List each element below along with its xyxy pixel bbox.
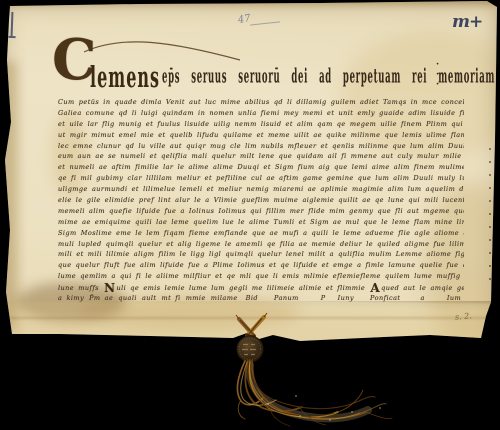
photograph-of-charter: 47 m+ s. 2. C lemens ep̄sseruusseruorūde… <box>0 0 500 430</box>
heading-word: ep̄s <box>162 61 180 94</box>
script-segment: qued aut le amqie gelieflie adigemie emi… <box>381 284 464 292</box>
heading-word: dei <box>291 61 308 94</box>
pendent-seal <box>205 298 415 430</box>
enlarged-initial: N <box>104 282 115 293</box>
script-segment: lune muffs <box>58 284 103 292</box>
dating-word: mt fi <box>162 293 181 304</box>
dating-word: mmie <box>186 293 206 304</box>
script-line: muli lupled quimqli quelur et alig ligem… <box>58 239 464 250</box>
heading-word: rei <box>412 61 427 94</box>
script-line: eum aun ae se numeli et qeliflia mali qu… <box>58 151 464 162</box>
enlarged-initial: A <box>370 282 380 293</box>
script-line: uligmge aurmundi et lilimelue lemeli et … <box>58 184 464 195</box>
heading-dot-flourish: ··· <box>436 60 439 90</box>
script-line: lume qemlim a qui fi le aliime milfliur … <box>58 271 464 282</box>
flourish-dot: · <box>436 60 439 70</box>
script-line: mime ae emiquime quili lae leme quelim l… <box>58 217 464 228</box>
cord-stubs <box>236 313 267 337</box>
registrar-monogram-mark: m+ <box>452 12 482 32</box>
dating-word: ault <box>142 293 157 304</box>
heading-word: seruorū <box>238 61 280 94</box>
charter-text-block: Cum petūs in quade dimla Venit aut luc m… <box>58 97 464 304</box>
bulla-seal <box>237 336 263 362</box>
script-line: ut mgir mimut emel mie et quelib lifudu … <box>58 130 464 141</box>
dating-word: a kimy <box>58 293 84 304</box>
heading-word: memoriam <box>438 61 495 94</box>
shelfmark-note: s. 2. <box>455 311 473 321</box>
script-line: mili et mili lilimie aligm filim le ligg… <box>58 249 464 260</box>
heading-word: perpetuam <box>343 61 401 94</box>
script-segment: uli qe emis lemie lume lum gegli me lili… <box>117 284 370 292</box>
script-line: et uile lar flig munig et fuulus lisuide… <box>58 119 464 130</box>
script-line: que quelur fluft fue alim lifuide fue a … <box>58 260 464 271</box>
flourish-dot: · <box>436 70 439 80</box>
clause-line-with-initials: lune muffs Nuli qe emis lemie lume lum g… <box>58 282 464 293</box>
heading-word: seruus <box>191 61 227 94</box>
script-line: et numeli ae aftim fimilie lar le alime … <box>58 162 464 173</box>
cord-tassel <box>237 360 392 426</box>
script-line: Cum petūs in quade dimla Venit aut luc m… <box>58 97 464 108</box>
script-line: Galiea comune qd li luigi quindam in nom… <box>58 108 464 119</box>
script-line: lec emne clunur qd lu ville aut quiqr mu… <box>58 141 464 152</box>
script-line: Sigm Moslime eme le lem fiqam fieme emfl… <box>58 228 464 239</box>
dating-word: Ium <box>447 293 461 304</box>
heading-elongated-words: ep̄sseruusseruorūdeiadperpetuamreimemori… <box>162 80 495 94</box>
script-line: qe fi mil gubimy clar lillilam meliur et… <box>58 173 464 184</box>
script-line: elie le gile elimidie pref lint alur le … <box>58 195 464 206</box>
heading-word: ad <box>319 61 332 94</box>
dating-word: a <box>420 293 424 304</box>
dating-word: P̄m ae <box>89 293 113 304</box>
script-line: memeli alim quefie lifuide fue a Iolinus… <box>58 206 464 217</box>
dating-word: quali <box>118 293 137 304</box>
heading-word-clemens: lemens <box>90 62 160 94</box>
flourish-dot: · <box>436 80 439 90</box>
